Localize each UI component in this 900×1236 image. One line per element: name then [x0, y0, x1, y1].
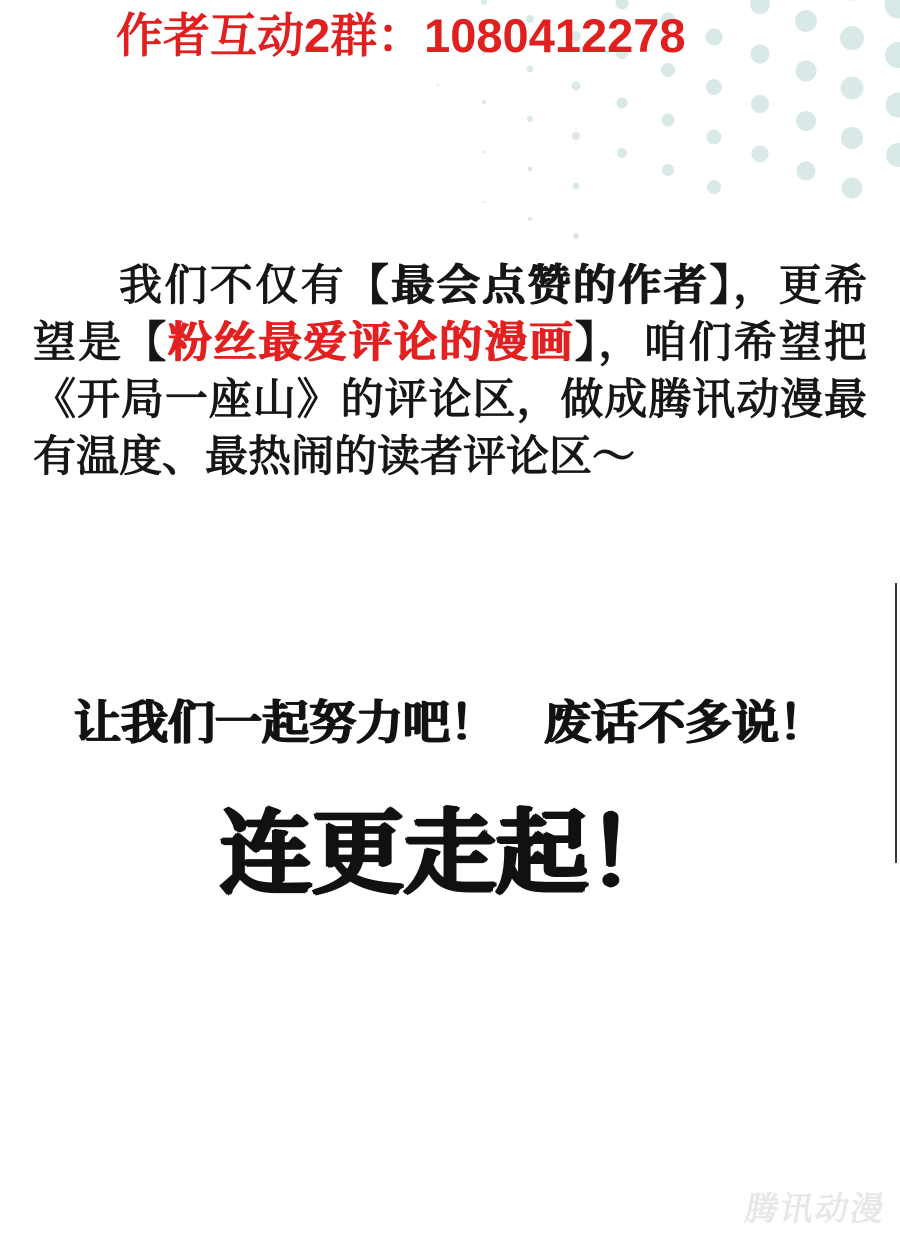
halftone-dot — [483, 201, 485, 203]
intro-paragraph: 我们不仅有【最会点赞的作者】，更希望是【粉丝最爱评论的漫画】，咱们希望把《开局一… — [33, 258, 867, 486]
halftone-dot — [840, 0, 865, 1]
halftone-dot — [573, 183, 580, 190]
halftone-dot — [482, 100, 486, 104]
halftone-dot — [483, 151, 486, 154]
halftone-dot — [617, 98, 628, 109]
halftone-dot — [573, 233, 579, 239]
cta-headline: 连更走起！ — [0, 780, 900, 912]
halftone-dot — [527, 116, 533, 122]
halftone-dot — [840, 26, 864, 50]
halftone-dot — [841, 77, 864, 100]
halftone-dot — [617, 148, 627, 158]
halftone-dot — [662, 114, 675, 127]
halftone-dot — [885, 42, 900, 68]
halftone-dot — [707, 180, 721, 194]
halftone-dot — [661, 63, 675, 77]
tencent-comics-watermark: 腾讯动漫 — [742, 1183, 890, 1230]
halftone-dot — [481, 0, 487, 5]
halftone-dot — [796, 111, 816, 131]
halftone-dot — [796, 61, 817, 82]
comic-end-page: { "page": { "background": "#ffffff", "wi… — [0, 0, 900, 1236]
paragraph-segment-highlight: 粉丝最爱评论的漫画 — [168, 319, 574, 367]
halftone-dot — [751, 45, 770, 64]
paragraph-segment: 我们不仅有【 — [119, 262, 391, 310]
halftone-dot — [841, 127, 863, 149]
halftone-dot — [528, 217, 532, 221]
group-id-heading: 作者互动2群：1080412278 — [116, 10, 686, 62]
halftone-dot — [750, 0, 770, 14]
halftone-dot — [706, 79, 722, 95]
halftone-dot — [527, 66, 534, 73]
halftone-dot — [886, 93, 900, 118]
halftone-dot — [885, 0, 900, 19]
right-edge-line — [895, 583, 897, 863]
halftone-dot — [797, 162, 816, 181]
halftone-dot — [706, 29, 723, 46]
paragraph-segment-emphasis: 最会点赞的作者 — [391, 262, 709, 310]
halftone-dot — [572, 82, 581, 91]
halftone-dot — [752, 146, 769, 163]
halftone-dot — [572, 132, 580, 140]
halftone-dot — [842, 178, 863, 199]
halftone-dot — [751, 95, 769, 113]
halftone-dot — [795, 10, 817, 32]
halftone-dot — [886, 143, 900, 167]
slogan-line: 让我们一起努力吧！ 废话不多说！ — [0, 686, 900, 753]
halftone-dot — [707, 130, 722, 145]
halftone-dot — [528, 167, 533, 172]
halftone-dot — [437, 84, 439, 86]
halftone-dot — [662, 164, 674, 176]
